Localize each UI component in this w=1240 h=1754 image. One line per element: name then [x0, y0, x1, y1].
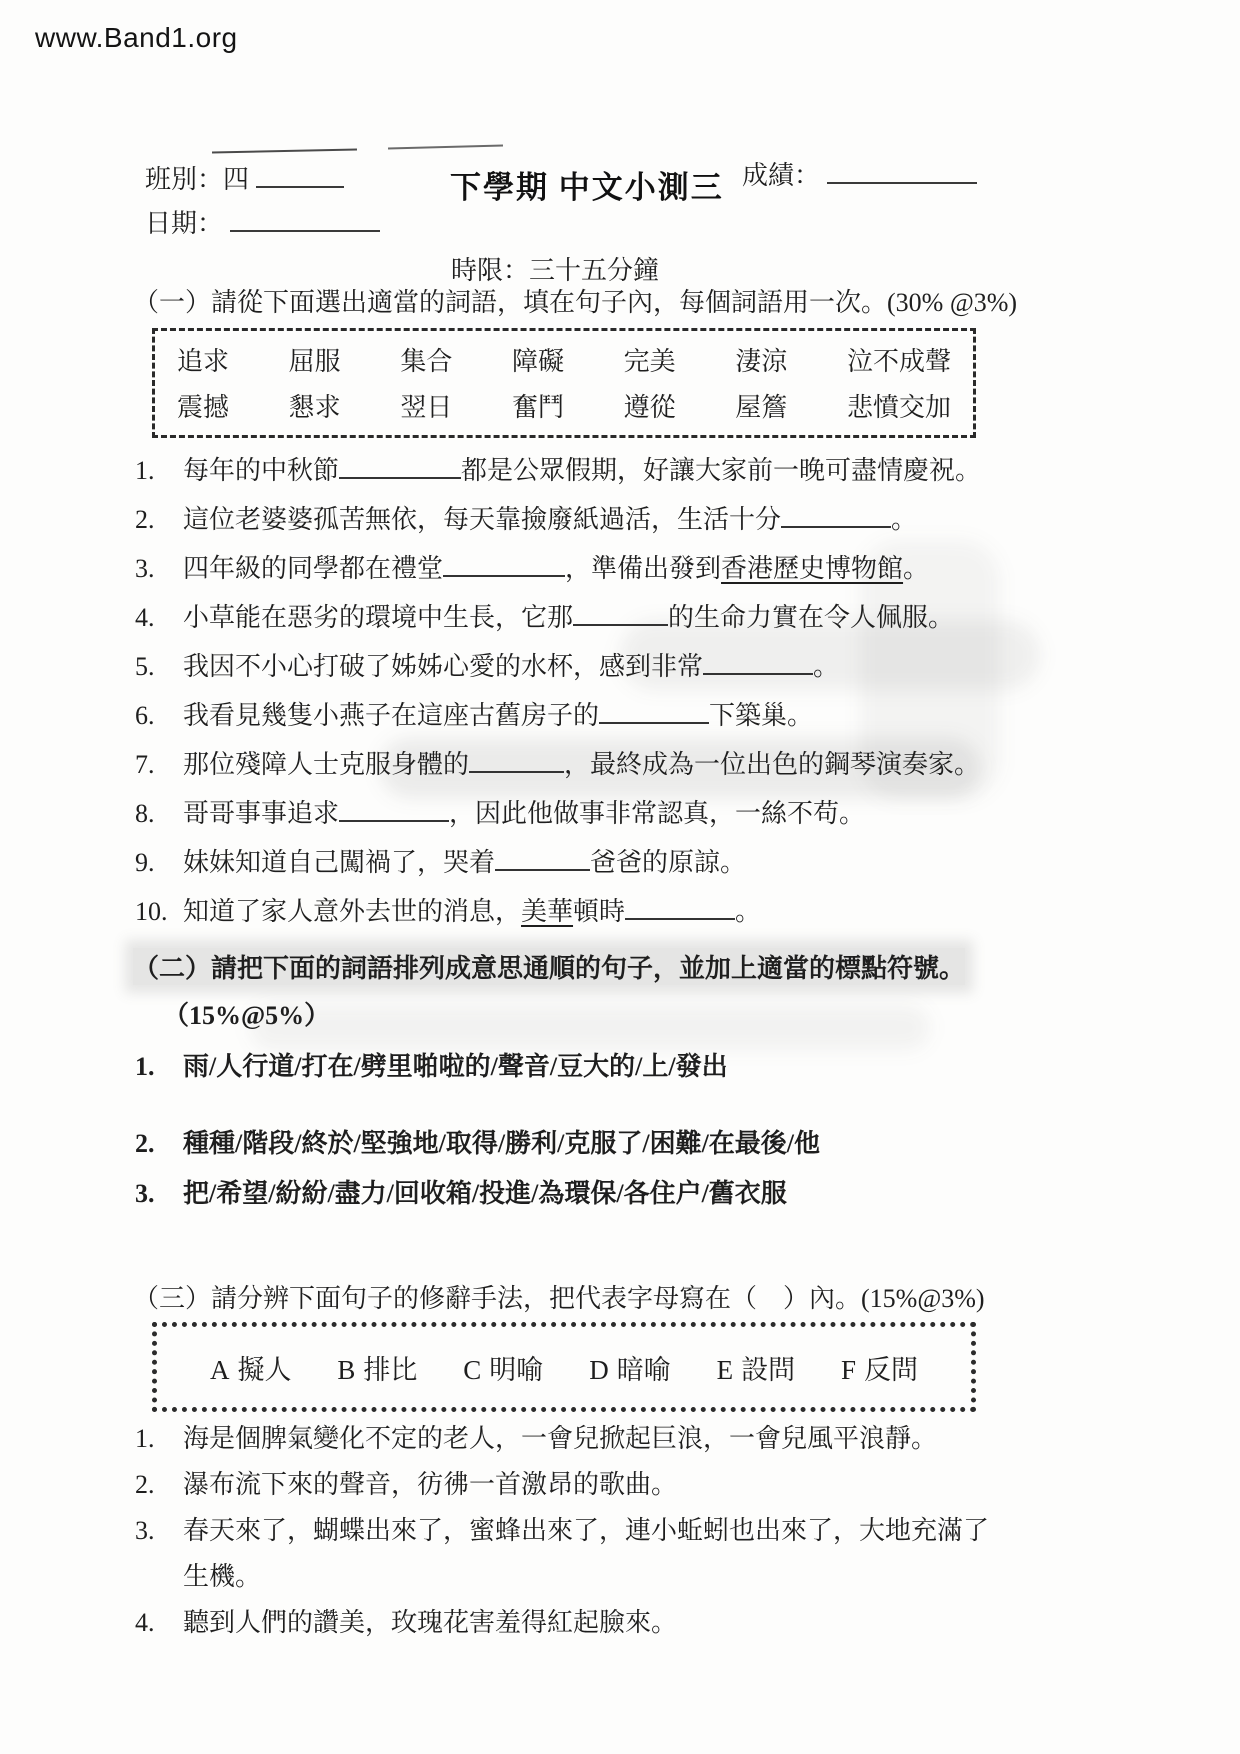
- date-row: 日期：: [145, 202, 380, 246]
- question-item: 1. 雨/人行道/打在/劈里啪啦的/聲音/豆大的/上/發出: [135, 1042, 995, 1092]
- word-bank-row2: 震撼 懇求 翌日 奮鬥 遵從 屋簷 悲憤交加: [177, 385, 951, 431]
- date-label: 日期：: [145, 209, 223, 238]
- answer-blank: [443, 551, 565, 577]
- rhetoric-options-box: A擬人 B排比 C明喻 D暗喻 E設問 F反問: [152, 1322, 976, 1412]
- question-text: 每年的中秋節都是公眾假期，好讓大家前一晚可盡情慶祝。: [183, 446, 995, 495]
- option-A: A擬人: [210, 1348, 292, 1387]
- underlined-text: 美華: [521, 897, 573, 926]
- word: 追求: [177, 339, 229, 385]
- question-text: 我看見幾隻小燕子在這座古舊房子的下築巢。: [183, 691, 995, 740]
- question-item: 8. 哥哥事事追求，因此他做事非常認真，一絲不苟。: [135, 789, 995, 838]
- word: 屈服: [289, 339, 341, 385]
- answer-blank: [781, 502, 891, 528]
- header-left: 班別：四 日期：: [145, 158, 380, 246]
- question-text: 這位老婆婆孤苦無依，每天靠撿廢紙過活，生活十分。: [183, 495, 995, 544]
- question-number: 1.: [135, 1042, 183, 1092]
- question-item: 1. 每年的中秋節都是公眾假期，好讓大家前一晚可盡情慶祝。: [135, 446, 995, 495]
- answer-blank: [625, 894, 735, 920]
- question-text: 雨/人行道/打在/劈里啪啦的/聲音/豆大的/上/發出: [183, 1042, 995, 1092]
- scanned-test-paper: www.Band1.org 班別：四 日期： 下學期 中文小測三 成績： 時限：…: [0, 0, 1240, 1754]
- answer-blank: [573, 600, 668, 626]
- score-label: 成績：: [742, 161, 820, 190]
- option-D: D暗喻: [589, 1348, 671, 1387]
- question-number: 5.: [135, 642, 183, 691]
- answer-blank: [703, 649, 813, 675]
- question-item: 2. 這位老婆婆孤苦無依，每天靠撿廢紙過活，生活十分。: [135, 495, 995, 544]
- section1-questions: 1. 每年的中秋節都是公眾假期，好讓大家前一晚可盡情慶祝。 2. 這位老婆婆孤苦…: [135, 446, 995, 936]
- question-text: 哥哥事事追求，因此他做事非常認真，一絲不苟。: [183, 789, 995, 838]
- question-text: 春天來了，蝴蝶出來了，蜜蜂出來了，連小蚯蚓也出來了，大地充滿了生機。: [183, 1508, 995, 1600]
- question-number: 1.: [135, 446, 183, 495]
- word: 完美: [624, 339, 676, 385]
- word: 震撼: [177, 385, 229, 431]
- site-watermark: www.Band1.org: [35, 22, 238, 54]
- question-item: 1. 海是個脾氣變化不定的老人，一會兒掀起巨浪，一會兒風平浪靜。: [135, 1416, 995, 1462]
- question-text: 那位殘障人士克服身體的，最終成為一位出色的鋼琴演奏家。: [183, 740, 995, 789]
- question-text: 瀑布流下來的聲音，彷彿一首激昂的歌曲。: [183, 1462, 995, 1508]
- scan-artifact-line: [388, 144, 503, 149]
- class-value: 四: [223, 165, 249, 194]
- scan-artifact-line: [212, 148, 357, 153]
- question-number: 3.: [135, 544, 183, 593]
- word: 奮鬥: [512, 385, 564, 431]
- question-item: 3. 把/希望/紛紛/盡力/回收箱/投進/為環保/各住户/舊衣服: [135, 1169, 995, 1219]
- answer-blank: [599, 698, 709, 724]
- date-blank: [230, 205, 380, 232]
- section3-questions: 1. 海是個脾氣變化不定的老人，一會兒掀起巨浪，一會兒風平浪靜。 2. 瀑布流下…: [135, 1416, 995, 1646]
- question-number: 2.: [135, 495, 183, 544]
- answer-blank: [469, 747, 564, 773]
- section2-questions: 1. 雨/人行道/打在/劈里啪啦的/聲音/豆大的/上/發出 2. 種種/階段/終…: [135, 1042, 995, 1219]
- score-row: 成績：: [742, 155, 977, 192]
- question-item: 4. 小草能在惡劣的環境中生長，它那的生命力實在令人佩服。: [135, 593, 995, 642]
- word: 泣不成聲: [847, 339, 951, 385]
- question-text: 四年級的同學都在禮堂，準備出發到香港歷史博物館。: [183, 544, 995, 593]
- option-B: B排比: [337, 1348, 417, 1387]
- page-title: 下學期 中文小測三: [450, 162, 724, 207]
- question-number: 8.: [135, 789, 183, 838]
- word: 懇求: [289, 385, 341, 431]
- section3-heading: （三）請分辨下面句子的修辭手法，把代表字母寫在（ ）內。(15%@3%): [133, 1278, 985, 1315]
- answer-blank: [339, 453, 461, 479]
- question-text: 種種/階段/終於/堅強地/取得/勝利/克服了/困難/在最後/他: [183, 1119, 995, 1169]
- question-number: 4.: [135, 1600, 183, 1646]
- word: 遵從: [624, 385, 676, 431]
- question-item: 4. 聽到人們的讚美，玫瑰花害羞得紅起臉來。: [135, 1600, 995, 1646]
- word: 翌日: [400, 385, 452, 431]
- question-item: 5. 我因不小心打破了姊姊心愛的水杯，感到非常。: [135, 642, 995, 691]
- question-item: 10. 知道了家人意外去世的消息，美華頓時。: [135, 887, 995, 936]
- word-bank-box: 追求 屈服 集合 障礙 完美 淒涼 泣不成聲 震撼 懇求 翌日 奮鬥 遵從 屋簷…: [152, 328, 976, 438]
- question-number: 4.: [135, 593, 183, 642]
- question-number: 3.: [135, 1508, 183, 1600]
- question-number: 2.: [135, 1462, 183, 1508]
- question-item: 2. 種種/階段/終於/堅強地/取得/勝利/克服了/困難/在最後/他: [135, 1119, 995, 1169]
- question-item: 9. 妹妹知道自己闖禍了，哭着爸爸的原諒。: [135, 838, 995, 887]
- question-text: 妹妹知道自己闖禍了，哭着爸爸的原諒。: [183, 838, 995, 887]
- question-text: 小草能在惡劣的環境中生長，它那的生命力實在令人佩服。: [183, 593, 995, 642]
- question-number: 6.: [135, 691, 183, 740]
- question-text: 海是個脾氣變化不定的老人，一會兒掀起巨浪，一會兒風平浪靜。: [183, 1416, 995, 1462]
- word: 淒涼: [735, 339, 787, 385]
- question-item: 3. 春天來了，蝴蝶出來了，蜜蜂出來了，連小蚯蚓也出來了，大地充滿了生機。: [135, 1508, 995, 1600]
- question-item: 6. 我看見幾隻小燕子在這座古舊房子的下築巢。: [135, 691, 995, 740]
- question-number: 3.: [135, 1169, 183, 1219]
- word: 屋簷: [735, 385, 787, 431]
- question-number: 9.: [135, 838, 183, 887]
- question-item: 7. 那位殘障人士克服身體的，最終成為一位出色的鋼琴演奏家。: [135, 740, 995, 789]
- answer-blank: [339, 796, 449, 822]
- class-row: 班別：四: [145, 158, 380, 202]
- question-item: 2. 瀑布流下來的聲音，彷彿一首激昂的歌曲。: [135, 1462, 995, 1508]
- question-number: 7.: [135, 740, 183, 789]
- option-C: C明喻: [463, 1348, 543, 1387]
- question-text: 我因不小心打破了姊姊心愛的水杯，感到非常。: [183, 642, 995, 691]
- word: 障礙: [512, 339, 564, 385]
- question-text: 知道了家人意外去世的消息，美華頓時。: [183, 887, 995, 936]
- underlined-text: 香港歷史博物館: [721, 554, 903, 583]
- question-text: 聽到人們的讚美，玫瑰花害羞得紅起臉來。: [183, 1600, 995, 1646]
- score-blank: [827, 157, 977, 184]
- section2-subheading: （15%@5%）: [163, 995, 330, 1032]
- option-F: F反問: [841, 1348, 918, 1387]
- question-text: 把/希望/紛紛/盡力/回收箱/投進/為環保/各住户/舊衣服: [183, 1169, 995, 1219]
- question-number: 10.: [135, 887, 183, 936]
- question-number: 1.: [135, 1416, 183, 1462]
- option-E: E設問: [717, 1348, 796, 1387]
- word: 集合: [400, 339, 452, 385]
- question-item: 3. 四年級的同學都在禮堂，準備出發到香港歷史博物館。: [135, 544, 995, 593]
- section2-heading: （二）請把下面的詞語排列成意思通順的句子，並加上適當的標點符號。: [133, 948, 965, 985]
- word: 悲憤交加: [847, 385, 951, 431]
- answer-blank: [495, 845, 590, 871]
- question-number: 2.: [135, 1119, 183, 1169]
- class-label: 班別：: [145, 165, 223, 194]
- word-bank-row1: 追求 屈服 集合 障礙 完美 淒涼 泣不成聲: [177, 339, 951, 385]
- class-blank: [256, 161, 344, 188]
- section1-heading: （一）請從下面選出適當的詞語，填在句子內，每個詞語用一次。(30% @3%): [133, 282, 1017, 319]
